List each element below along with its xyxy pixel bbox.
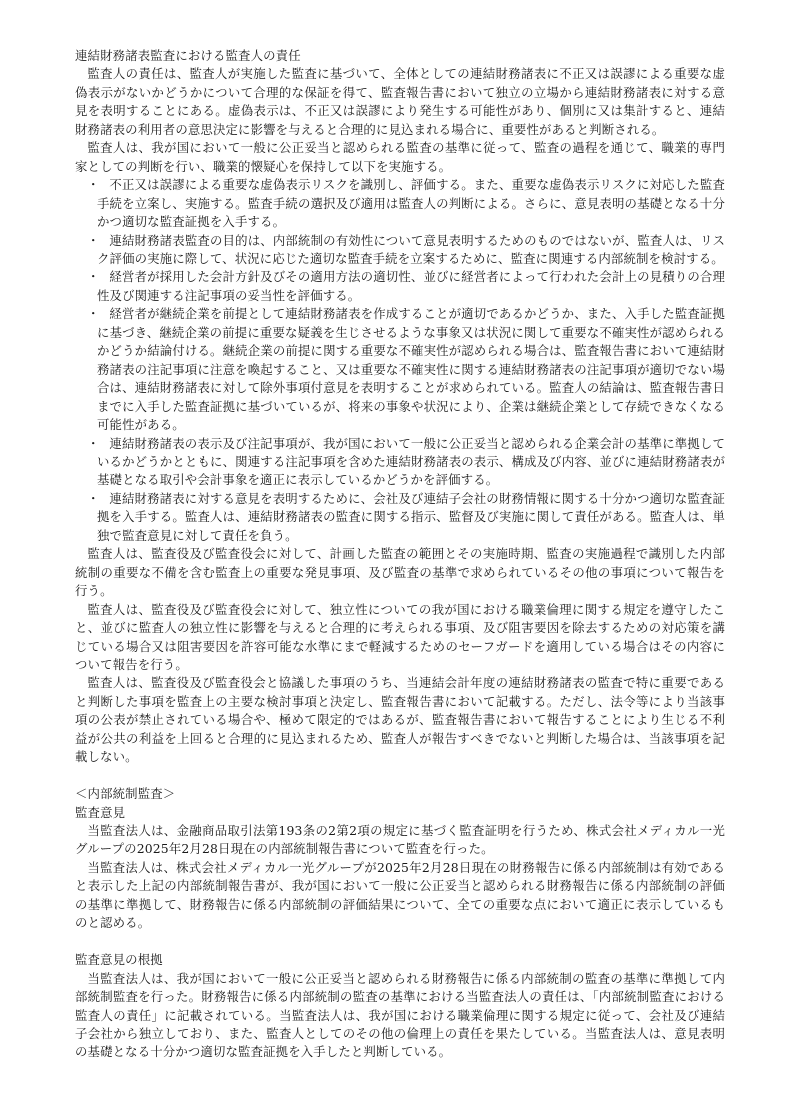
bullet-icon: ・	[87, 435, 100, 453]
paragraph: 監査人の責任は、監査人が実施した監査に基づいて、全体としての連結財務諸表に不正又…	[75, 65, 725, 139]
subheading-audit-opinion: 監査意見	[75, 804, 725, 822]
bullet-item: ・経営者が採用した会計方針及びその適用方法の適切性、並びに経営者によって行われた…	[75, 268, 725, 305]
bullet-text: 経営者が採用した会計方針及びその適用方法の適切性、並びに経営者によって行われた会…	[97, 268, 725, 305]
bullet-text: 不正又は誤謬による重要な虚偽表示リスクを識別し、評価する。また、重要な虚偽表示リ…	[97, 176, 725, 231]
paragraph: 監査人は、我が国において一般に公正妥当と認められる監査の基準に従って、監査の過程…	[75, 139, 725, 176]
bullet-text: 連結財務諸表監査の目的は、内部統制の有効性について意見表明するためのものではない…	[97, 232, 725, 269]
bullet-list: ・不正又は誤謬による重要な虚偽表示リスクを識別し、評価する。また、重要な虚偽表示…	[75, 176, 725, 545]
paragraph: 当監査法人は、株式会社メディカル一光グループが2025年2月28日現在の財務報告…	[75, 859, 725, 933]
bullet-item: ・連結財務諸表監査の目的は、内部統制の有効性について意見表明するためのものではな…	[75, 232, 725, 269]
bullet-icon: ・	[87, 490, 100, 508]
bullet-text: 経営者が継続企業を前提として連結財務諸表を作成することが適切であるかどうか、また…	[97, 305, 725, 434]
paragraph: 監査人は、監査役及び監査役会に対して、計画した監査の範囲とその実施時期、監査の実…	[75, 545, 725, 600]
subheading-basis-for-opinion: 監査意見の根拠	[75, 951, 725, 969]
spacer	[75, 933, 725, 951]
paragraph: 当監査法人は、我が国において一般に公正妥当と認められる財務報告に係る内部統制の監…	[75, 970, 725, 1062]
spacer	[75, 767, 725, 785]
bullet-item: ・不正又は誤謬による重要な虚偽表示リスクを識別し、評価する。また、重要な虚偽表示…	[75, 176, 725, 231]
paragraph: 監査人は、監査役及び監査役会と協議した事項のうち、当連結会計年度の連結財務諸表の…	[75, 674, 725, 766]
paragraph: 当監査法人は、金融商品取引法第193条の2第2項の規定に基づく監査証明を行うため…	[75, 822, 725, 859]
bullet-icon: ・	[87, 305, 100, 323]
paragraph: 監査人は、監査役及び監査役会に対して、独立性についての我が国における職業倫理に関…	[75, 601, 725, 675]
bullet-icon: ・	[87, 176, 100, 194]
section-heading-auditor-responsibility: 連結財務諸表監査における監査人の責任	[75, 47, 725, 65]
bullet-text: 連結財務諸表に対する意見を表明するために、会社及び連結子会社の財務情報に関する十…	[97, 490, 725, 545]
bullet-icon: ・	[87, 268, 100, 286]
bullet-icon: ・	[87, 232, 100, 250]
bullet-text: 連結財務諸表の表示及び注記事項が、我が国において一般に公正妥当と認められる企業会…	[97, 435, 725, 490]
section-title-internal-control-audit: ＜内部統制監査＞	[75, 785, 725, 803]
bullet-item: ・経営者が継続企業を前提として連結財務諸表を作成することが適切であるかどうか、ま…	[75, 305, 725, 434]
document-page: 連結財務諸表監査における監査人の責任 監査人の責任は、監査人が実施した監査に基づ…	[75, 47, 725, 1062]
bullet-item: ・連結財務諸表の表示及び注記事項が、我が国において一般に公正妥当と認められる企業…	[75, 435, 725, 490]
bullet-item: ・連結財務諸表に対する意見を表明するために、会社及び連結子会社の財務情報に関する…	[75, 490, 725, 545]
